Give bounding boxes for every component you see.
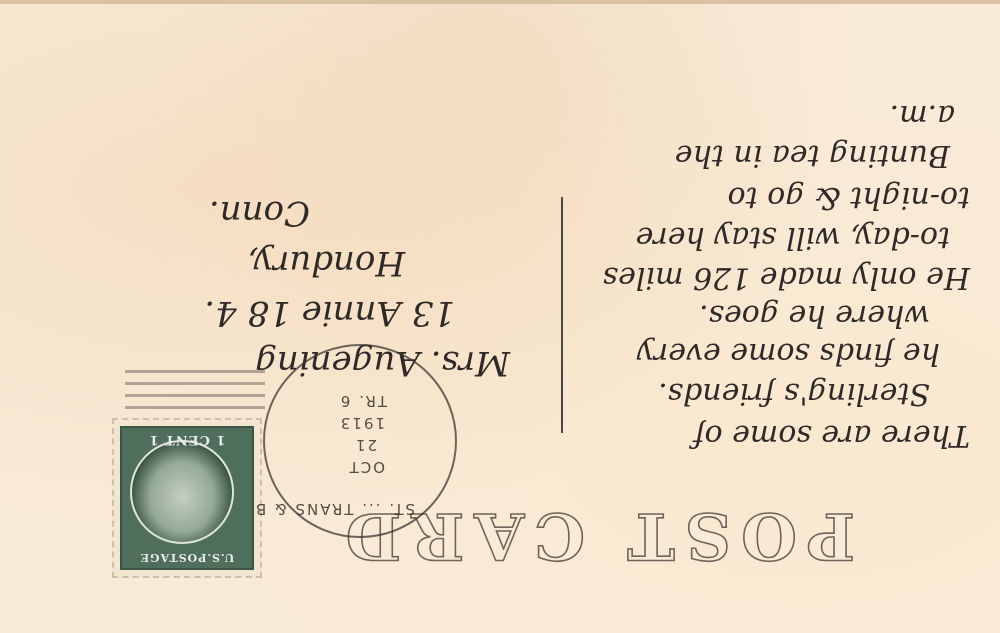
cancellation-lines: [125, 348, 265, 418]
stamp-denomination: 1 CENT 1: [122, 432, 252, 447]
message-line: a.m.: [890, 98, 955, 133]
message-line: to-night & go to: [728, 180, 970, 215]
postmark-year: 1913: [339, 414, 385, 432]
message-line: where he goes.: [699, 298, 930, 333]
message-line: There are some of: [693, 418, 970, 453]
postcard-back: POST CARD There are some of Sterling's f…: [0, 0, 1000, 633]
postmark-month: OCT: [348, 458, 385, 476]
postmark: ST. ... TRANS & B OCT 21 1913 TR. 6: [263, 344, 457, 538]
message-line: Sterling's friends.: [658, 376, 930, 411]
message-line: he finds some every: [637, 336, 940, 371]
stamp-design: U.S.POSTAGE 1 CENT 1: [120, 426, 254, 570]
message-line: He only made 126 miles: [603, 260, 970, 295]
stamp-portrait-icon: [130, 440, 234, 544]
address-line: Hondury,: [248, 243, 405, 283]
postmark-outer-text: ST. ... TRANS & B: [254, 500, 415, 518]
upside-down-content: POST CARD There are some of Sterling's f…: [0, 0, 1000, 633]
address-line: Conn.: [209, 193, 310, 233]
postage-stamp: U.S.POSTAGE 1 CENT 1: [112, 418, 262, 578]
card-edge: [0, 0, 1000, 4]
message-line: Bunting tea in the: [675, 138, 950, 173]
postmark-day: 21: [354, 436, 377, 454]
divider-line: [561, 197, 563, 433]
address-line: 13 Annie 18 4.: [204, 293, 455, 333]
stamp-country: U.S.POSTAGE: [122, 551, 252, 564]
message-line: to-day, will stay here: [636, 220, 950, 255]
postmark-train: TR. 6: [339, 392, 387, 410]
